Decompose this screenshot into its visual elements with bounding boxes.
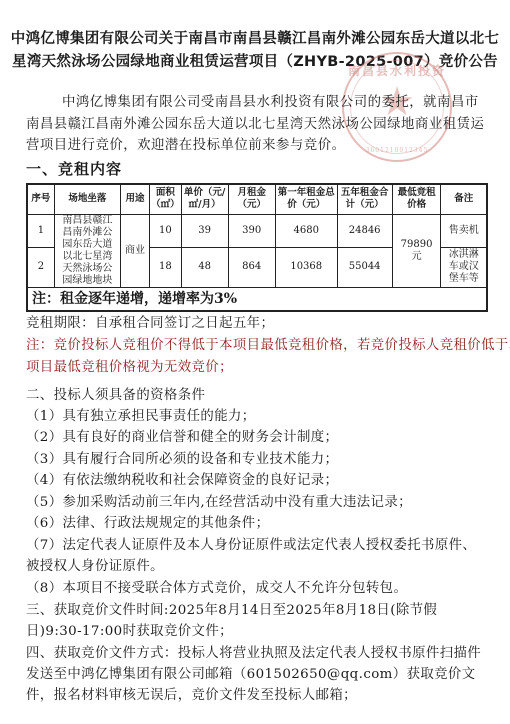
qualification-item: （8）本项目不接受联合体方式竞价，成交人不允许分包转包。 [26,578,496,599]
table-header-row: 序号 场地坐落 用途 面积（㎡） 单价（元/㎡/月） 月租金（元） 第一年租金总… [27,184,487,214]
qualification-item: （2）具有良好的商业信誉和健全的财务会计制度； [26,427,496,448]
header-remark: 备注 [441,184,487,214]
header-unit-price: 单价（元/㎡/月） [181,184,228,214]
cell-first-year-total: 4680 [275,214,337,248]
cell-five-year-total: 24846 [337,214,392,248]
cell-no: 2 [27,248,54,287]
cell-area: 10 [150,214,182,248]
qualification-item: （6）法律、行政法规规定的其他条件； [26,513,496,534]
cell-unit-price: 39 [181,214,228,248]
rental-term: 竞租期限：自承租合同签订之日起五年； [26,313,496,334]
warning-line-1: 注：竞价投标人竞租价不得低于本项目最低竞租价格，若竞价投标人竞租价低于本 [26,335,496,356]
qualification-item: （3）具有履行合同所必须的设备和专业技术能力； [26,449,496,470]
qualification-item: （5）参加采购活动前三年内,在经营活动中没有重大违法记录； [26,492,496,513]
header-five-year-total: 五年租金合计（元） [337,184,392,214]
table-note: 注：租金逐年递增，递增率为3% [27,287,487,311]
section-4-text: 四、获取竞价文件方式：投标人将营业执照及法定代表人授权书原件扫描件发送至中鸿亿博… [26,643,488,706]
title-line-1: 中鸿亿博集团有限公司关于南昌市南昌县赣江昌南外滩公园东岳大道以北七 [0,28,510,51]
cell-monthly-rent: 390 [228,214,275,248]
warning-line-2: 项目最低竞租价格视为无效竞价； [26,357,496,378]
header-first-year-total: 第一年租金总价（元） [275,184,337,214]
section-3-text: 三、获取竞价文件时间:2025年8月14日至2025年8月18日(除节假日)9:… [26,600,488,642]
cell-location: 南昌县赣江昌南外滩公园东岳大道以北七星湾天然泳场公园绿地地块 [54,214,120,287]
cell-five-year-total: 55044 [337,248,392,287]
intro-paragraph: 中鸿亿博集团有限公司受南昌县水利投资有限公司的委托，就南昌市南昌县赣江昌南外滩公… [26,92,488,157]
header-location: 场地坐落 [54,184,120,214]
section-1-heading: 一、竞租内容 [26,158,122,179]
qualification-item: （4）有依法缴纳税收和社会保障资金的良好记录； [26,470,496,491]
header-usage: 用途 [120,184,149,214]
cell-min-price: 79890元 [392,214,441,287]
header-min-price: 最低竞租价格 [392,184,441,214]
section-2-heading: 二、投标人须具备的资格条件 [26,385,496,406]
cell-usage: 商业 [120,214,149,287]
qualification-item: （7）法定代表人证原件及本人身份证原件或法定代表人授权委托书原件、被授权人身份证… [26,535,488,577]
qualification-item: （1）具有独立承担民事责任的能力； [26,406,496,427]
table-note-row: 注：租金逐年递增，递增率为3% [27,287,487,311]
cell-area: 18 [150,248,182,287]
cell-remark: 冰淇淋车或汉堡车等 [441,248,487,287]
cell-first-year-total: 10368 [275,248,337,287]
cell-monthly-rent: 864 [228,248,275,287]
rental-table: 序号 场地坐落 用途 面积（㎡） 单价（元/㎡/月） 月租金（元） 第一年租金总… [26,183,488,312]
cell-remark: 售卖机 [441,214,487,248]
seal-arc-text: 南昌县水利投资 [344,62,450,79]
header-area: 面积（㎡） [150,184,182,214]
header-monthly-rent: 月租金（元） [228,184,275,214]
header-no: 序号 [27,184,54,214]
cell-no: 1 [27,214,54,248]
cell-unit-price: 48 [181,248,228,287]
table-row: 1 南昌县赣江昌南外滩公园东岳大道以北七星湾天然泳场公园绿地地块 商业 10 3… [27,214,487,248]
